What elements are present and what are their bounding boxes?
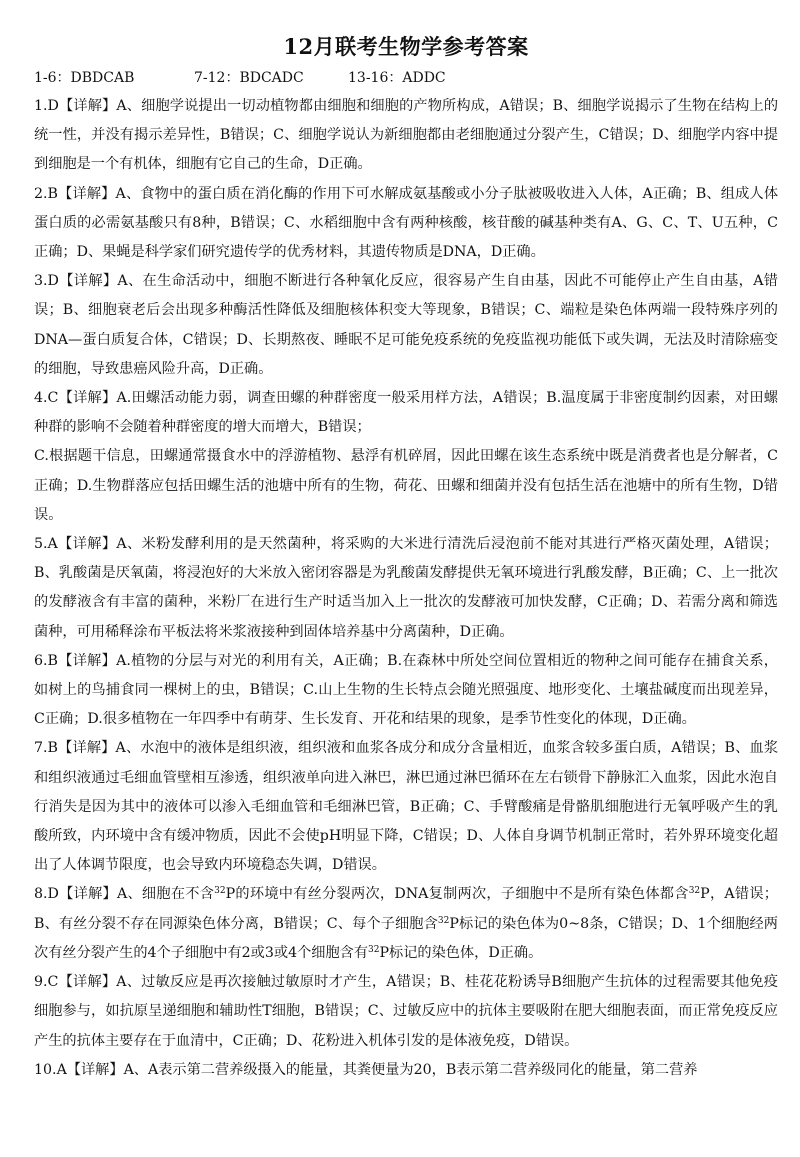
explanation-label: 7.B【详解】 xyxy=(34,740,116,756)
document-title: 12月联考生物学参考答案 xyxy=(34,0,778,62)
answer-key-line: 1-6：DBDCAB7-12：BDCADC13-16：ADDC xyxy=(34,64,778,92)
explanation-4-continued: C.根据题干信息，田螺通常摄食水中的浮游植物、悬浮有机碎屑，因此田螺在该生态系统… xyxy=(34,442,778,530)
explanation-label: 4.C【详解】 xyxy=(34,390,116,406)
isotope-superscript: 32 xyxy=(438,916,449,926)
explanation-5: 5.A【详解】A、米粉发酵利用的是天然菌种，将采购的大米进行清洗后浸泡前不能对其… xyxy=(34,530,778,647)
explanation-text: A、在生命活动中，细胞不断进行各种氧化反应，很容易产生自由基，因此不可能停止产生… xyxy=(34,273,778,377)
explanation-8: 8.D【详解】A、细胞在不含32P的环境中有丝分裂两次，DNA复制两次，子细胞中… xyxy=(34,880,778,968)
isotope-superscript: 32 xyxy=(689,886,700,896)
explanation-text: A、水泡中的液体是组织液，组织液和血浆各成分和成分含量相近，血浆含较多蛋白质，A… xyxy=(34,740,778,873)
isotope-superscript: 32 xyxy=(214,886,225,896)
explanation-text: P标记的染色体，D正确。 xyxy=(380,945,543,961)
explanation-9: 9.C【详解】A、过敏反应是再次接触过敏原时才产生，A错误；B、桂花花粉诱导B细… xyxy=(34,968,778,1056)
answer-key-13-16: 13-16：ADDC xyxy=(348,64,446,92)
explanation-text: C.根据题干信息，田螺通常摄食水中的浮游植物、悬浮有机碎屑，因此田螺在该生态系统… xyxy=(34,448,778,522)
explanation-text: A、过敏反应是再次接触过敏原时才产生，A错误；B、桂花花粉诱导B细胞产生抗体的过… xyxy=(34,974,778,1048)
explanation-label: 8.D【详解】 xyxy=(34,886,117,902)
explanation-text: A、细胞学说提出一切动植物都由细胞和细胞的产物所构成，A错误；B、细胞学说揭示了… xyxy=(34,98,778,172)
explanation-label: 2.B【详解】 xyxy=(34,186,116,202)
explanation-text: A、A表示第二营养级摄入的能量，其粪便量为20，B表示第二营养级同化的能量，第二… xyxy=(124,1062,698,1078)
explanation-2: 2.B【详解】A、食物中的蛋白质在消化酶的作用下可水解成氨基酸或小分子肽被吸收进… xyxy=(34,180,778,268)
explanation-label: 10.A【详解】 xyxy=(34,1062,124,1078)
answer-key-1-6: 1-6：DBDCAB xyxy=(34,64,194,92)
explanation-1: 1.D【详解】A、细胞学说提出一切动植物都由细胞和细胞的产物所构成，A错误；B、… xyxy=(34,92,778,180)
explanation-label: 1.D【详解】 xyxy=(34,98,116,114)
explanation-label: 6.B【详解】 xyxy=(34,653,116,669)
explanation-text: A、食物中的蛋白质在消化酶的作用下可水解成氨基酸或小分子肽被吸收进入人体，A正确… xyxy=(34,186,778,260)
explanation-label: 3.D【详解】 xyxy=(34,273,117,289)
explanation-label: 5.A【详解】 xyxy=(34,536,116,552)
explanation-10: 10.A【详解】A、A表示第二营养级摄入的能量，其粪便量为20，B表示第二营养级… xyxy=(34,1056,778,1085)
explanation-text: A、细胞在不含 xyxy=(117,886,214,902)
explanation-7: 7.B【详解】A、水泡中的液体是组织液，组织液和血浆各成分和成分含量相近，血浆含… xyxy=(34,734,778,880)
explanation-6: 6.B【详解】A.植物的分层与对光的利用有关，A正确；B.在森林中所处空间位置相… xyxy=(34,647,778,735)
explanation-text: A.植物的分层与对光的利用有关，A正确；B.在森林中所处空间位置相近的物种之间可… xyxy=(34,653,778,727)
answer-key-7-12: 7-12：BDCADC xyxy=(194,64,348,92)
explanation-label: 9.C【详解】 xyxy=(34,974,116,990)
explanation-text: A、米粉发酵利用的是天然菌种，将采购的大米进行清洗后浸泡前不能对其进行严格灭菌处… xyxy=(34,536,778,640)
explanation-text: A.田螺活动能力弱，调查田螺的种群密度一般采用样方法，A错误；B.温度属于非密度… xyxy=(34,390,778,435)
answer-document-page: 12月联考生物学参考答案 1-6：DBDCAB7-12：BDCADC13-16：… xyxy=(0,0,800,1157)
explanation-text: P的环境中有丝分裂两次，DNA复制两次，子细胞中不是所有染色体都含 xyxy=(226,886,689,902)
explanation-3: 3.D【详解】A、在生命活动中，细胞不断进行各种氧化反应，很容易产生自由基，因此… xyxy=(34,267,778,384)
explanation-4: 4.C【详解】A.田螺活动能力弱，调查田螺的种群密度一般采用样方法，A错误；B.… xyxy=(34,384,778,442)
isotope-superscript: 32 xyxy=(368,945,379,955)
